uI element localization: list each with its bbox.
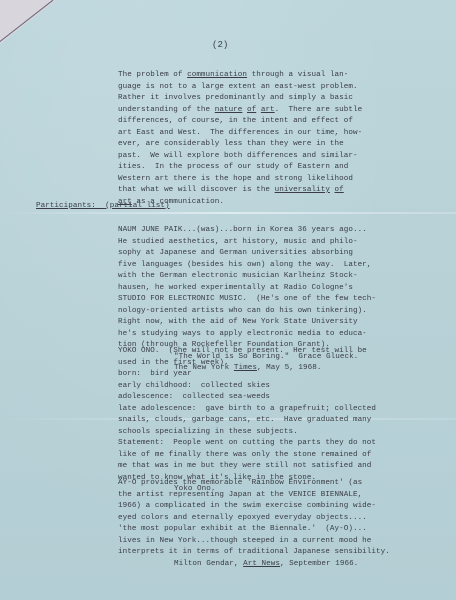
- text-line: late adolescence: gave birth to a grapef…: [118, 404, 376, 416]
- participants-heading: Participants: (partial list): [36, 201, 170, 213]
- folded-corner: [0, 0, 56, 44]
- participant-yoko-ono: YOKO ONO. (She will not be present. Her …: [118, 346, 376, 496]
- underlined-text: of: [335, 186, 344, 194]
- text-line: past. We will explore both differences a…: [118, 151, 362, 163]
- text-line: The problem of communication through a v…: [118, 70, 362, 82]
- text-line: sophy at Japanese and German universitie…: [118, 248, 376, 260]
- text-line: 1966) a complicated in the swim exercise…: [118, 501, 390, 513]
- page-number: (2): [212, 40, 228, 52]
- text-line: AY-O provides the memorable 'Rainbow Env…: [118, 478, 390, 490]
- underlined-text: of: [247, 106, 256, 114]
- text-line: adolescence: collected sea-weeds: [118, 392, 376, 404]
- text-line: used in the first week).: [118, 358, 376, 370]
- text-line: understanding of the nature of art. Ther…: [118, 105, 362, 117]
- text-line: nology-oriented artists who can do his o…: [118, 306, 376, 318]
- text-line: with the German electronic musician Karl…: [118, 271, 376, 283]
- text-line: hausen, he worked experimentally at Radi…: [118, 283, 376, 295]
- text-line: interprets it in terms of traditional Ja…: [118, 547, 390, 559]
- text-line: art East and West. The differences in ou…: [118, 128, 362, 140]
- text-line: He studied aesthetics, art history, musi…: [118, 237, 376, 249]
- text-line: five languages (besides his own) along t…: [118, 260, 376, 272]
- text-line: the artist representing Japan at the VEN…: [118, 490, 390, 502]
- text-line: ities. In the process of our study of Ea…: [118, 162, 362, 174]
- text-line: lives in New York...though steeped in a …: [118, 536, 390, 548]
- participant-ay-o: AY-O provides the memorable 'Rainbow Env…: [118, 478, 390, 570]
- text-line: me that was in me but they were still no…: [118, 461, 376, 473]
- text-line: eyed colors and eternally epoxyed everyd…: [118, 513, 390, 525]
- text-line: YOKO ONO. (She will not be present. Her …: [118, 346, 376, 358]
- text-line: that what we will discover is the univer…: [118, 185, 362, 197]
- text-line: 'the most popular exhibit at the Biennal…: [118, 524, 390, 536]
- underlined-text: art: [261, 106, 275, 114]
- text-line: early childhood: collected skies: [118, 381, 376, 393]
- underlined-text: universality: [275, 186, 330, 194]
- text-line: like of me finally there was only the st…: [118, 450, 376, 462]
- text-line: Western art there is the hope and strong…: [118, 174, 362, 186]
- citation-line: Milton Gendar, Art News, September 1966.: [118, 559, 390, 571]
- text-line: NAUM JUNE PAIK...(was)...born in Korea 3…: [118, 225, 376, 237]
- text-line: Right now, with the aid of New York Stat…: [118, 317, 376, 329]
- text-line: he's studying ways to apply electronic m…: [118, 329, 376, 341]
- text-line: guage is not to a large extent an east-w…: [118, 82, 362, 94]
- text-line: differences, of course, in the intent an…: [118, 116, 362, 128]
- underlined-text: nature: [215, 106, 243, 114]
- text-line: Statement: People went on cutting the pa…: [118, 438, 376, 450]
- text-line: born: bird year: [118, 369, 376, 381]
- underlined-text: communication: [187, 71, 247, 79]
- text-line: schools specializing in these subjects.: [118, 427, 376, 439]
- text-line: Rather it involves predominantly and sim…: [118, 93, 362, 105]
- text-line: ever, are considerably less than they we…: [118, 139, 362, 151]
- text-line: snails, clouds, garbage cans, etc. Have …: [118, 415, 376, 427]
- intro-paragraph: The problem of communication through a v…: [118, 70, 362, 208]
- underlined-text: Art News: [243, 560, 280, 568]
- text-line: STUDIO FOR ELECTRONIC MUSIC. (He's one o…: [118, 294, 376, 306]
